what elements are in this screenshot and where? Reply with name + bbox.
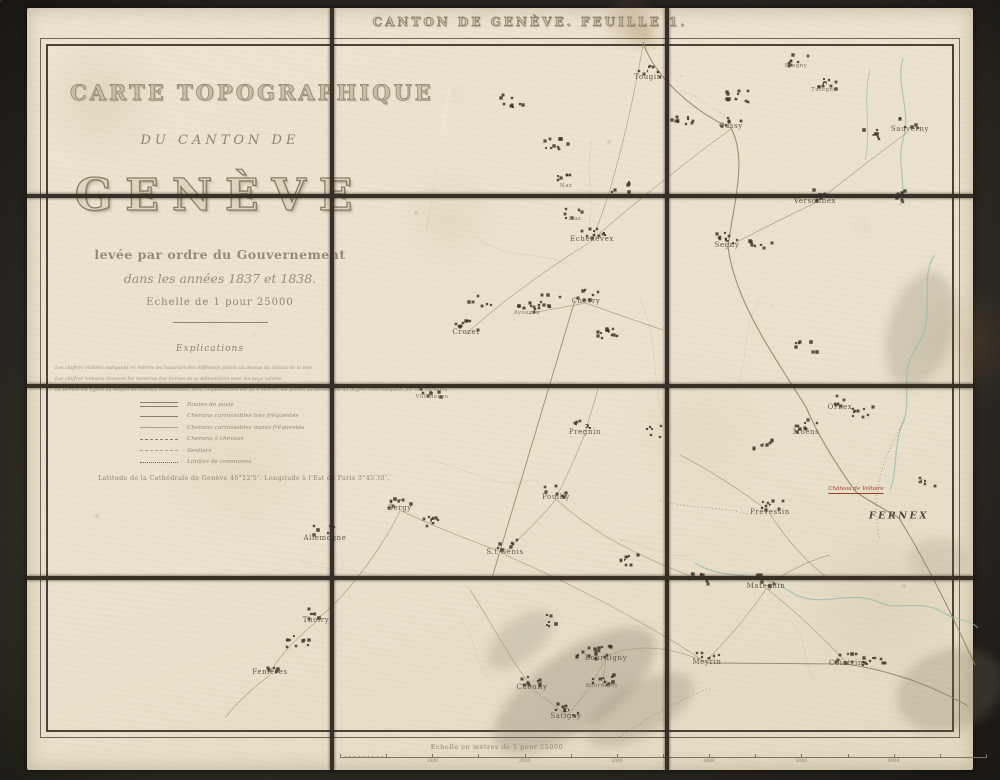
title-cartouche: CARTE TOPOGRAPHIQUE DU CANTON DE GENÈVE … [70, 80, 370, 323]
place-label: Bregny [785, 63, 808, 69]
place-label: Sergy [388, 504, 412, 512]
place-label: Versonnex [794, 197, 836, 205]
scale-tick [848, 754, 849, 758]
scale-minor-tick [382, 756, 383, 758]
place-label: Ornex [828, 403, 853, 411]
place-label: Cointrin [829, 659, 863, 667]
scale-tick-label: 5000 [796, 759, 807, 764]
place-label: Tutegny [811, 87, 837, 93]
title-line-2: DU CANTON DE [70, 133, 370, 148]
cartouche-rule [173, 322, 268, 323]
legend-line-sample [140, 450, 178, 451]
place-label: Villeneuve [415, 394, 448, 400]
fold-line-horizontal-1 [27, 194, 973, 198]
scale-minor-tick [349, 756, 350, 758]
legend-label: Chemins à chevaux [187, 436, 244, 442]
title-line-5: dans les années 1837 et 1838. [70, 271, 370, 286]
legend-row: Chemins carrossables très fréquentés [140, 411, 305, 423]
place-label: Chevry [572, 297, 601, 305]
legend-line-sample [140, 402, 178, 407]
map-sheet-photo: TouginBregnyTutegnyCessySauvernyNazNazVe… [0, 0, 1000, 780]
place-label: Cessy [719, 122, 743, 130]
scale-tick-label: 4000 [703, 759, 714, 764]
place-label: Mategnin [747, 582, 786, 590]
legend-row: Chemins à chevaux [140, 434, 305, 446]
fold-line-vertical-2 [665, 8, 669, 770]
place-label: Prévessin [750, 508, 790, 516]
legend-line-sample [140, 439, 178, 440]
place-label: Choully [516, 683, 547, 691]
legend: Routes de posteChemins carrossables très… [140, 399, 305, 468]
place-label: Crozet [452, 328, 479, 336]
scale-minor-tick [359, 756, 360, 758]
scale-minor-tick [345, 756, 346, 758]
scale-tick [478, 754, 479, 758]
fold-line-vertical-1 [330, 8, 334, 770]
place-label: Segny [715, 241, 740, 249]
scale-tick [709, 754, 710, 758]
place-label: Thoiry [303, 616, 330, 624]
fold-line-horizontal-3 [27, 576, 973, 580]
scale-tick [525, 754, 526, 758]
title-line-4: levée par ordre du Gouvernement [70, 247, 370, 262]
place-label: Naz [569, 216, 581, 222]
title-line-1: CARTE TOPOGRAPHIQUE [70, 80, 370, 105]
scale-bar: 100020003000400050006000 [340, 753, 986, 765]
legend-line-sample [140, 416, 178, 417]
legend-label: Chemins carrossables moins fréquentés [187, 425, 305, 431]
place-label: Avouzon [514, 310, 540, 316]
scale-tick-label: 6000 [888, 759, 899, 764]
place-label: Pouilly [542, 493, 570, 501]
scale-tick [386, 754, 387, 758]
place-label: S.t Genis [486, 548, 523, 556]
place-label: Allemogne [303, 534, 346, 542]
place-label: Echenevex [570, 235, 614, 243]
scale-minor-tick [354, 756, 355, 758]
legend-line-sample [140, 427, 178, 428]
place-label: Tougin [634, 73, 662, 81]
legend-label: Chemins carrossables très fréquentés [187, 413, 299, 419]
fold-line-horizontal-2 [27, 384, 973, 388]
legend-label: Routes de poste [187, 402, 234, 408]
scale-tick [340, 754, 341, 758]
title-scale-note: Echelle de 1 pour 25000 [70, 297, 370, 308]
place-label: Naz [560, 183, 572, 189]
scale-tick [940, 754, 941, 758]
scale-tick [986, 754, 987, 758]
legend-row: Limites de communes [140, 457, 305, 469]
place-label: Satigny [550, 712, 581, 720]
legend-label: Sentiers [187, 448, 212, 454]
legend-row: Chemins carrossables moins fréquentés [140, 422, 305, 434]
scale-minor-tick [363, 756, 364, 758]
scale-tick [617, 754, 618, 758]
place-label: Fenières [252, 668, 287, 676]
place-label: Sauverny [891, 125, 929, 133]
place-label: Bourdigny [585, 654, 627, 662]
scale-tick [432, 754, 433, 758]
place-label: Château de Voltaire [828, 486, 883, 494]
explications-notes: Les chiffres inclinés indiquent en mètre… [55, 363, 365, 396]
legend-row: Routes de poste [140, 399, 305, 411]
explications-block: Explications Les chiffres inclinés indiq… [55, 344, 365, 396]
place-label: FERNEX [869, 511, 929, 522]
scale-minor-tick [372, 756, 373, 758]
scale-minor-tick [368, 756, 369, 758]
scale-minor-tick [377, 756, 378, 758]
scale-tick [894, 754, 895, 758]
legend-line-sample [140, 462, 178, 463]
scale-tick [663, 754, 664, 758]
coordinates-note: Latitude de la Cathédrale de Genève 46°1… [98, 474, 390, 482]
scale-tick [571, 754, 572, 758]
legend-row: Sentiers [140, 445, 305, 457]
scale-tick-label: 3000 [611, 759, 622, 764]
scale-tick-label: 1000 [427, 759, 438, 764]
place-label: Moëns [793, 428, 820, 436]
place-label: Bourdigny [586, 683, 619, 689]
explications-note-line: Les chiffres inclinés indiquent en mètre… [55, 363, 365, 374]
scale-tick [755, 754, 756, 758]
scale-caption: Echelle en mètres de 1 pour 25000 [431, 743, 563, 751]
scale-tick-label: 2000 [519, 759, 530, 764]
place-label: Meyrin [693, 658, 722, 666]
place-label: Pregnin [569, 428, 601, 436]
scale-tick [801, 754, 802, 758]
legend-label: Limites de communes [187, 459, 251, 465]
explications-heading: Explications [55, 344, 365, 354]
